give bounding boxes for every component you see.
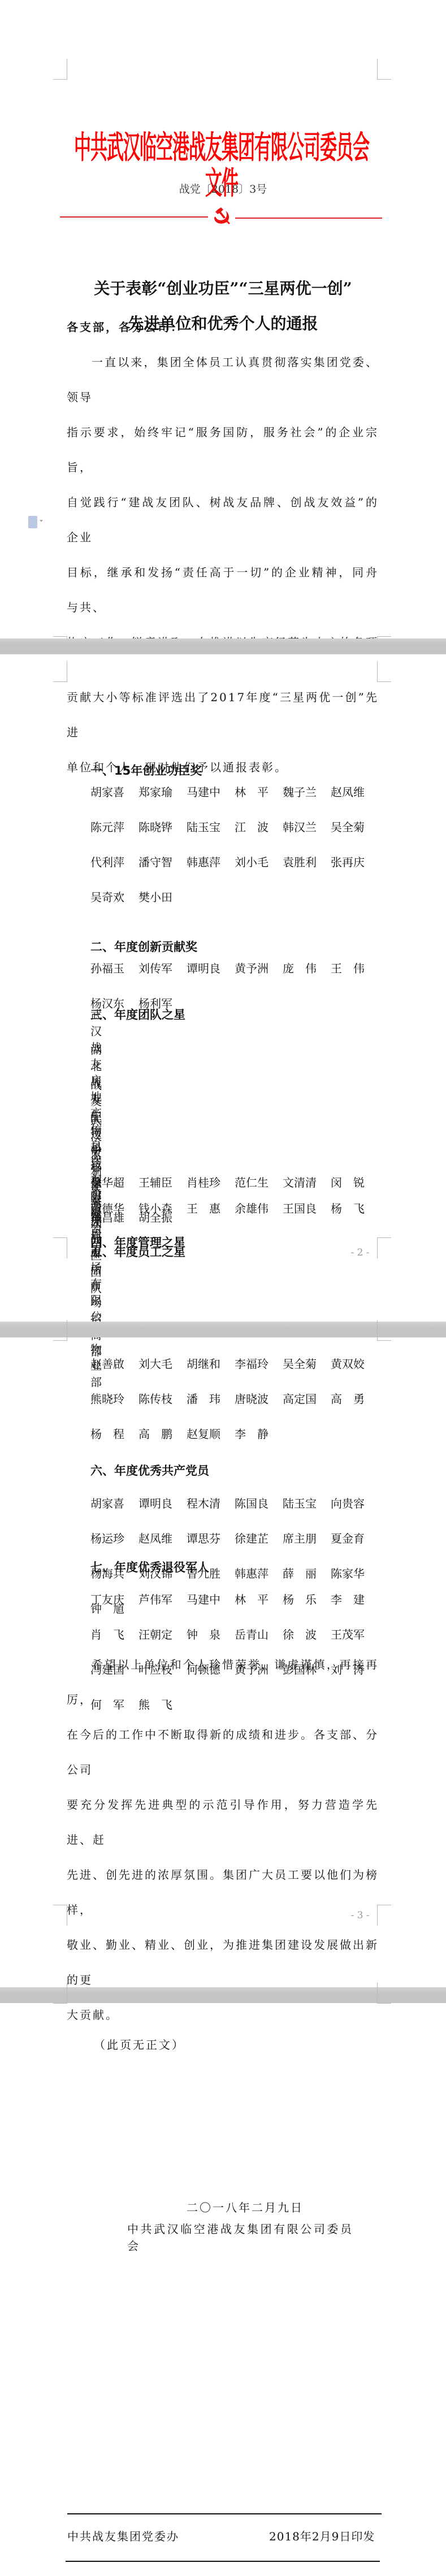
awardee-name: 丁友庆	[90, 1582, 138, 1617]
awardee-name: 唐晓波	[235, 1382, 283, 1417]
section-heading-3: 三、年度团队之星	[90, 1006, 185, 1023]
awardee-name: 徐建芷	[235, 1521, 283, 1556]
red-divider-left	[60, 216, 208, 218]
margin-corner-mark	[53, 1983, 67, 2004]
margin-corner-mark	[377, 661, 391, 682]
awardee-name: 李 建	[331, 1582, 379, 1617]
footer-top-rule	[67, 2513, 382, 2514]
margin-corner-mark	[377, 1237, 391, 1258]
awardee-name: 王国良	[283, 1191, 331, 1226]
awardee-name: 陈国良	[235, 1486, 283, 1521]
issue-date-text: 二〇一八年二月九日	[187, 2199, 311, 2216]
paragraph-line: 先进、创先进的浓厚氛围。集团广大员工要以他们为榜样，	[67, 1857, 379, 1927]
footer-office: 中共战友集团党委办	[67, 2527, 179, 2544]
awardee-name: 杨 飞	[331, 1191, 379, 1226]
page-separator	[0, 638, 446, 654]
footer-print-date: 2018年2月9日印发	[269, 2527, 375, 2544]
awardee-name: 李 静	[235, 1417, 283, 1452]
awardee-name: 吴奇欢	[90, 880, 138, 915]
awardee-name: 赵善啟	[90, 1346, 138, 1382]
paragraph-line: 一直以来，集团全体员工认真贯彻落实集团党委、领导	[67, 345, 379, 415]
name-list-1: 胡家喜郑家瑜马建中林 平魏子兰赵凤维陈元萍陈晓铧陆玉宝江 波韩汉兰吴全菊代利萍潘…	[90, 775, 373, 915]
margin-corner-mark	[53, 661, 67, 682]
awardee-name: 董德华	[90, 1191, 138, 1226]
party-emblem-icon	[211, 206, 231, 227]
awardee-name: 杨 程	[90, 1417, 138, 1452]
salutation-text: 各支部，各分公司：	[67, 310, 379, 345]
awardee-name: 李福玲	[235, 1346, 283, 1382]
name-list-5: 董德华钱小森王 惠余雄伟王国良杨 飞	[90, 1191, 373, 1226]
awardee-name: 胡继和	[187, 1346, 235, 1382]
margin-corner-mark	[53, 59, 67, 80]
page-number: - 2 -	[346, 1247, 374, 1258]
awardee-name: 赵凤维	[138, 1521, 187, 1556]
paragraph-line: 在今后的工作中不断取得新的成绩和进步。各支部、分公司	[67, 1717, 379, 1787]
awardee-name: 韩惠萍	[187, 845, 235, 880]
issuer-text: 中共武汉临空港战友集团有限公司委员会	[127, 2221, 353, 2254]
awardee-name: 马建中	[187, 775, 235, 810]
awardee-name: 刘小毛	[235, 845, 283, 880]
paragraph-line: 要充分发挥先进典型的示范引导作用，努力营造学先进、赶	[67, 1787, 379, 1857]
document-number: 战党〔2018〕3号	[0, 181, 446, 196]
awardee-name: 王 伟	[331, 951, 379, 986]
issuer-signature: 中共武汉临空港战友集团有限公司委员会	[127, 2221, 353, 2254]
awardee-name: 谭明良	[138, 1486, 187, 1521]
notice-title-line1: 关于表彰“创业功臣”“三星两优一创”	[0, 271, 446, 306]
margin-corner-mark	[53, 1905, 67, 1926]
no-body-note: （此页无正文）	[94, 2036, 406, 2053]
margin-corner-mark	[377, 1320, 391, 1341]
page-1: 中共武汉临空港战友集团有限公司委员会文件 战党〔2018〕3号 关于表彰“创业功…	[0, 0, 446, 638]
section-heading-6: 六、年度优秀共产党员	[90, 1462, 209, 1479]
awardee-name: 江 波	[235, 810, 283, 845]
awardee-name: 刘传军	[138, 951, 187, 986]
margin-corner-mark	[377, 59, 391, 80]
awardee-name: 陆玉宝	[187, 810, 235, 845]
awardee-name: 吴全菊	[283, 1346, 331, 1382]
awardee-name: 韩汉兰	[283, 810, 331, 845]
paragraph-line: 指示要求，始终牢记“服务国防，服务社会”的企业宗旨，	[67, 415, 379, 485]
awardee-name: 席主朋	[283, 1521, 331, 1556]
awardee-name: 张再庆	[331, 845, 379, 880]
awardee-name: 郑家瑜	[138, 775, 187, 810]
awardee-name: 陆玉宝	[283, 1486, 331, 1521]
awardee-name: 袁胜利	[283, 845, 331, 880]
closing-paragraph: 希望以上单位和个人珍惜荣誉，谦虚谨慎，再接再厉，在今后的工作中不断取得新的成绩和…	[67, 1647, 379, 2032]
paragraph-line: 自觉践行“建战友团队、树战友品牌、创战友效益”的企业	[67, 485, 379, 555]
awardee-name: 陈传枝	[138, 1382, 187, 1417]
awardee-name: 谭明良	[187, 951, 235, 986]
awardee-name: 吴全菊	[331, 810, 379, 845]
awardee-name: 谭思芬	[187, 1521, 235, 1556]
page-number: - 3 -	[346, 1910, 374, 1921]
awardee-name: 陈元萍	[90, 810, 138, 845]
awardee-name: 余雄伟	[235, 1191, 283, 1226]
no-body-note-text: （此页无正文）	[94, 2036, 406, 2053]
awardee-name: 马建中	[187, 1582, 235, 1617]
awardee-name: 杨 乐	[283, 1582, 331, 1617]
awardee-name: 赵复顺	[187, 1417, 235, 1452]
awardee-name: 林 平	[235, 775, 283, 810]
awardee-name: 钱小森	[138, 1191, 187, 1226]
section-heading-7: 七、年度优秀退役军人	[90, 1558, 209, 1575]
document-icon[interactable]	[28, 516, 37, 528]
awardee-name: 潘 玮	[187, 1382, 235, 1417]
awardee-name: 林 平	[235, 1582, 283, 1617]
awardee-name: 代利萍	[90, 845, 138, 880]
awardee-name: 潘守智	[138, 845, 187, 880]
issue-date: 二〇一八年二月九日	[187, 2199, 311, 2216]
margin-corner-mark	[53, 1320, 67, 1341]
margin-corner-mark	[377, 1983, 391, 2004]
section-heading-5: 五、年度员工之星	[90, 1243, 185, 1260]
name-list-5-cont: 赵善啟刘大毛胡继和李福玲吴全菊黄双姣熊晓玲陈传枝潘 玮唐晓波高定国高 勇杨 程高…	[90, 1346, 373, 1452]
margin-corner-mark	[53, 1237, 67, 1258]
awardee-name: 孙福玉	[90, 951, 138, 986]
awardee-name: 陈晓铧	[138, 810, 187, 845]
awardee-name: 高 鹏	[138, 1417, 187, 1452]
awardee-name: 向贵容	[331, 1486, 379, 1521]
awardee-name: 胡家喜	[90, 775, 138, 810]
awardee-name: 高定国	[283, 1382, 331, 1417]
margin-corner-mark	[377, 1905, 391, 1926]
awardee-name: 魏子兰	[283, 775, 331, 810]
awardee-name: 高 勇	[331, 1382, 379, 1417]
awardee-name: 程木清	[187, 1486, 235, 1521]
awardee-name: 黄双姣	[331, 1346, 379, 1382]
awardee-name: 庞 伟	[283, 951, 331, 986]
chevron-down-icon[interactable]	[40, 520, 43, 522]
awardee-name: 熊晓玲	[90, 1382, 138, 1417]
salutation: 各支部，各分公司：	[67, 310, 379, 345]
awardee-name: 胡家喜	[90, 1486, 138, 1521]
awardee-name: 杨运珍	[90, 1521, 138, 1556]
red-divider-right	[235, 218, 382, 219]
paragraph-line: 目标，继承和发扬“责任高于一切”的企业精神，同舟与共、	[67, 555, 379, 625]
awardee-name: 夏金育	[331, 1521, 379, 1556]
footer-bottom-rule	[66, 2561, 380, 2562]
awardee-name: 黄予洲	[235, 951, 283, 986]
awardee-name: 樊小田	[138, 880, 187, 915]
awardee-name: 芦伟军	[138, 1582, 187, 1617]
paragraph-line: 贡献大小等标准评选出了2017年度“三星两优一创”先进	[67, 680, 379, 750]
paragraph-line: 希望以上单位和个人珍惜荣誉，谦虚谨慎，再接再厉，	[67, 1647, 379, 1717]
awardee-name: 赵凤维	[331, 775, 379, 810]
awardee-name: 刘大毛	[138, 1346, 187, 1382]
awardee-name: 王 惠	[187, 1191, 235, 1226]
